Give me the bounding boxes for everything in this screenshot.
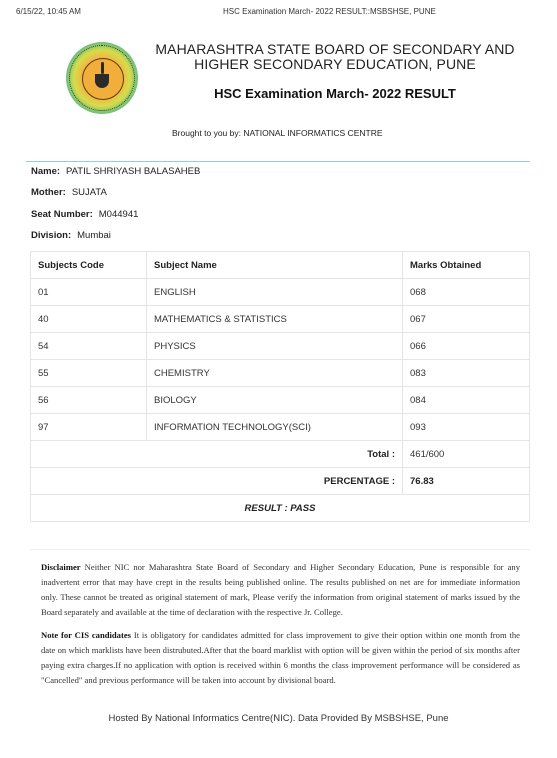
subject-code: 97: [31, 414, 147, 441]
lamp-flame-icon: [101, 62, 104, 74]
subject-name: INFORMATION TECHNOLOGY(SCI): [147, 414, 403, 441]
percentage-value: 76.83: [403, 468, 530, 495]
total-value: 461/600: [403, 441, 530, 468]
header-divider: [26, 161, 530, 162]
header-subject-code: Subjects Code: [31, 252, 147, 279]
percentage-row: PERCENTAGE : 76.83: [31, 468, 530, 495]
print-page-title: HSC Examination March- 2022 RESULT::MSBS…: [223, 7, 436, 16]
marks-obtained: 067: [403, 306, 530, 333]
board-title-line2: HIGHER SECONDARY EDUCATION, PUNE: [150, 57, 520, 72]
division-row: Division:Mumbai: [31, 230, 111, 241]
subject-name: PHYSICS: [147, 333, 403, 360]
division-label: Division:: [31, 230, 71, 241]
student-name-row: Name:PATIL SHRIYASH BALASAHEB: [31, 166, 200, 177]
subject-name: MATHEMATICS & STATISTICS: [147, 306, 403, 333]
marks-obtained: 066: [403, 333, 530, 360]
subject-code: 01: [31, 279, 147, 306]
brought-by: Brought to you by: NATIONAL INFORMATICS …: [172, 128, 383, 138]
print-datetime: 6/15/22, 10:45 AM: [16, 7, 81, 16]
result-status: RESULT : PASS: [31, 495, 530, 522]
division: Mumbai: [77, 230, 111, 241]
cis-note: Note for CIS candidates It is obligatory…: [41, 628, 520, 688]
seat-number-row: Seat Number:M044941: [31, 209, 138, 220]
percentage-label: PERCENTAGE :: [31, 468, 403, 495]
mother-name-row: Mother:SUJATA: [31, 187, 107, 198]
subject-code: 55: [31, 360, 147, 387]
board-title-line1: MAHARASHTRA STATE BOARD OF SECONDARY AND: [150, 42, 520, 57]
subject-name: CHEMISTRY: [147, 360, 403, 387]
student-name: PATIL SHRIYASH BALASAHEB: [66, 166, 200, 177]
mother-name: SUJATA: [72, 187, 107, 198]
marks-table: Subjects Code Subject Name Marks Obtaine…: [30, 251, 530, 522]
marks-obtained: 084: [403, 387, 530, 414]
marks-obtained: 068: [403, 279, 530, 306]
mother-label: Mother:: [31, 187, 66, 198]
name-label: Name:: [31, 166, 60, 177]
board-emblem-icon: [66, 42, 138, 114]
table-row: 56BIOLOGY084: [31, 387, 530, 414]
table-row: 54PHYSICS066: [31, 333, 530, 360]
board-title: MAHARASHTRA STATE BOARD OF SECONDARY AND…: [150, 42, 520, 72]
subject-code: 54: [31, 333, 147, 360]
table-row: 55CHEMISTRY083: [31, 360, 530, 387]
table-row: 01ENGLISH068: [31, 279, 530, 306]
lamp-icon: [95, 74, 109, 88]
cis-note-label: Note for CIS candidates: [41, 630, 131, 640]
disclaimer-text: Neither NIC nor Maharashtra State Board …: [41, 562, 520, 617]
header-marks: Marks Obtained: [403, 252, 530, 279]
subject-code: 56: [31, 387, 147, 414]
subject-name: ENGLISH: [147, 279, 403, 306]
marks-obtained: 083: [403, 360, 530, 387]
exam-title: HSC Examination March- 2022 RESULT: [150, 86, 520, 101]
disclaimer: Disclaimer Neither NIC nor Maharashtra S…: [41, 560, 520, 620]
table-row: 40MATHEMATICS & STATISTICS067: [31, 306, 530, 333]
disclaimer-label: Disclaimer: [41, 562, 81, 572]
table-header-row: Subjects Code Subject Name Marks Obtaine…: [31, 252, 530, 279]
disclaimer-divider: [30, 549, 530, 550]
footer: Hosted By National Informatics Centre(NI…: [0, 713, 557, 724]
subject-code: 40: [31, 306, 147, 333]
total-label: Total :: [31, 441, 403, 468]
header-subject-name: Subject Name: [147, 252, 403, 279]
seat-label: Seat Number:: [31, 209, 93, 220]
total-row: Total : 461/600: [31, 441, 530, 468]
result-row: RESULT : PASS: [31, 495, 530, 522]
table-row: 97INFORMATION TECHNOLOGY(SCI)093: [31, 414, 530, 441]
seat-number: M044941: [99, 209, 139, 220]
subject-name: BIOLOGY: [147, 387, 403, 414]
marks-obtained: 093: [403, 414, 530, 441]
